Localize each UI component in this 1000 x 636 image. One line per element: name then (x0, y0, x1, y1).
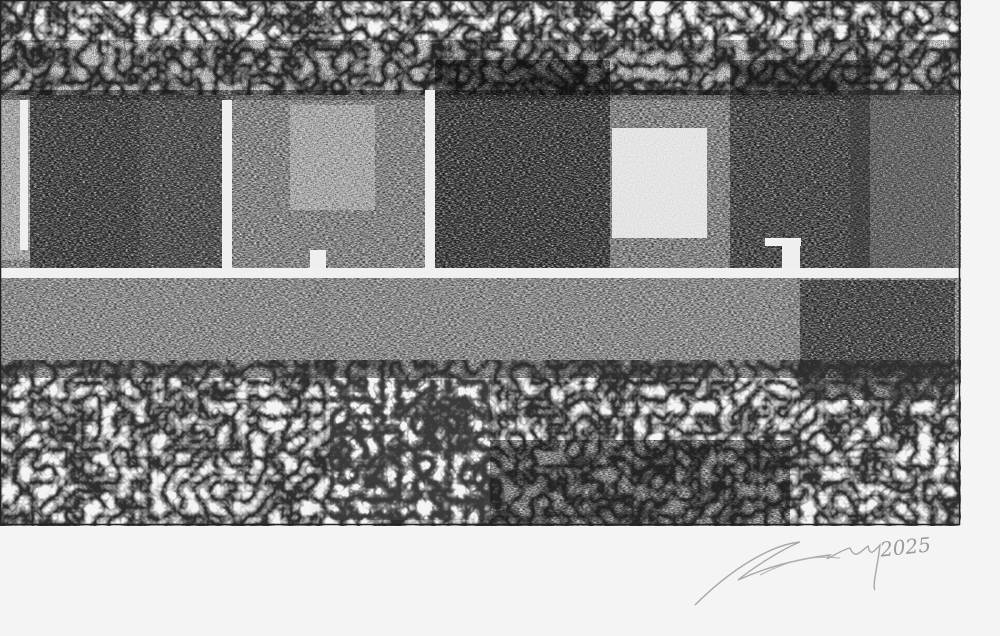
drawing-artwork (0, 0, 961, 526)
lower-rubble (0, 278, 961, 526)
window-bays (0, 60, 961, 275)
